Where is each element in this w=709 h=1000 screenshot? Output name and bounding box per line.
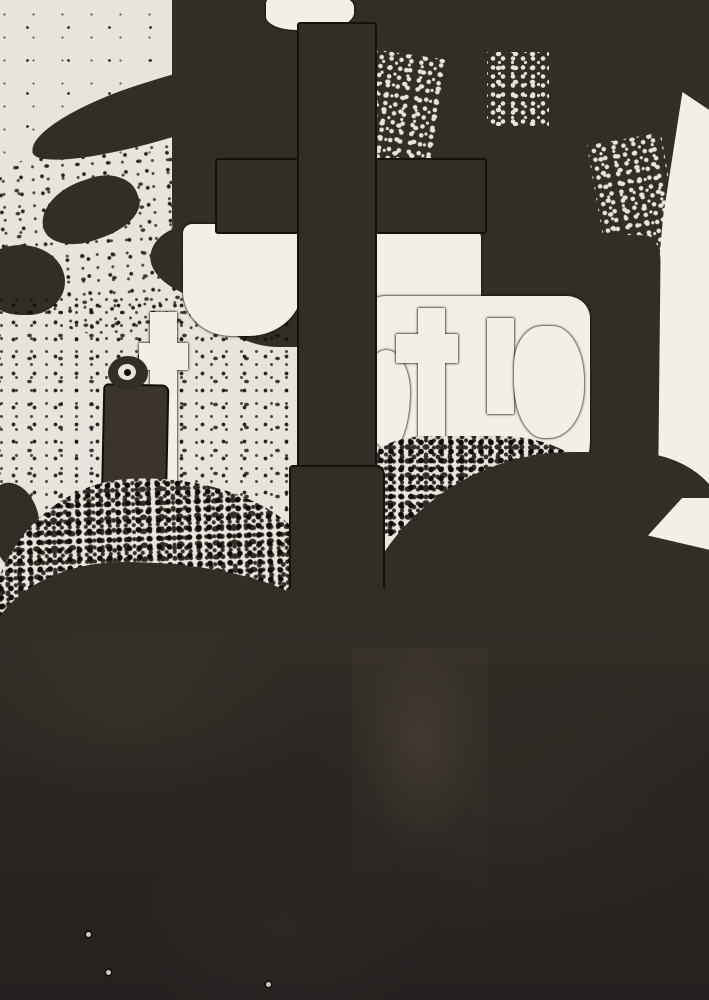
cemetery-photograph (0, 0, 709, 1000)
bright-patch (183, 224, 303, 336)
wreath-center (124, 369, 131, 376)
cross-upright (418, 308, 445, 454)
distant-white-marker (487, 318, 514, 414)
dappled-light (487, 52, 549, 126)
monument-cross-upright (297, 22, 377, 496)
monument-shaft-lower (289, 465, 385, 591)
light-speck (106, 970, 111, 975)
distant-white-stones (514, 326, 584, 438)
light-speck (266, 982, 271, 987)
wreath-ornament (108, 356, 148, 390)
pedestal-highlight (352, 648, 488, 968)
cross-arm (396, 334, 458, 363)
light-speck (86, 932, 91, 937)
distant-white-cross (396, 308, 458, 454)
